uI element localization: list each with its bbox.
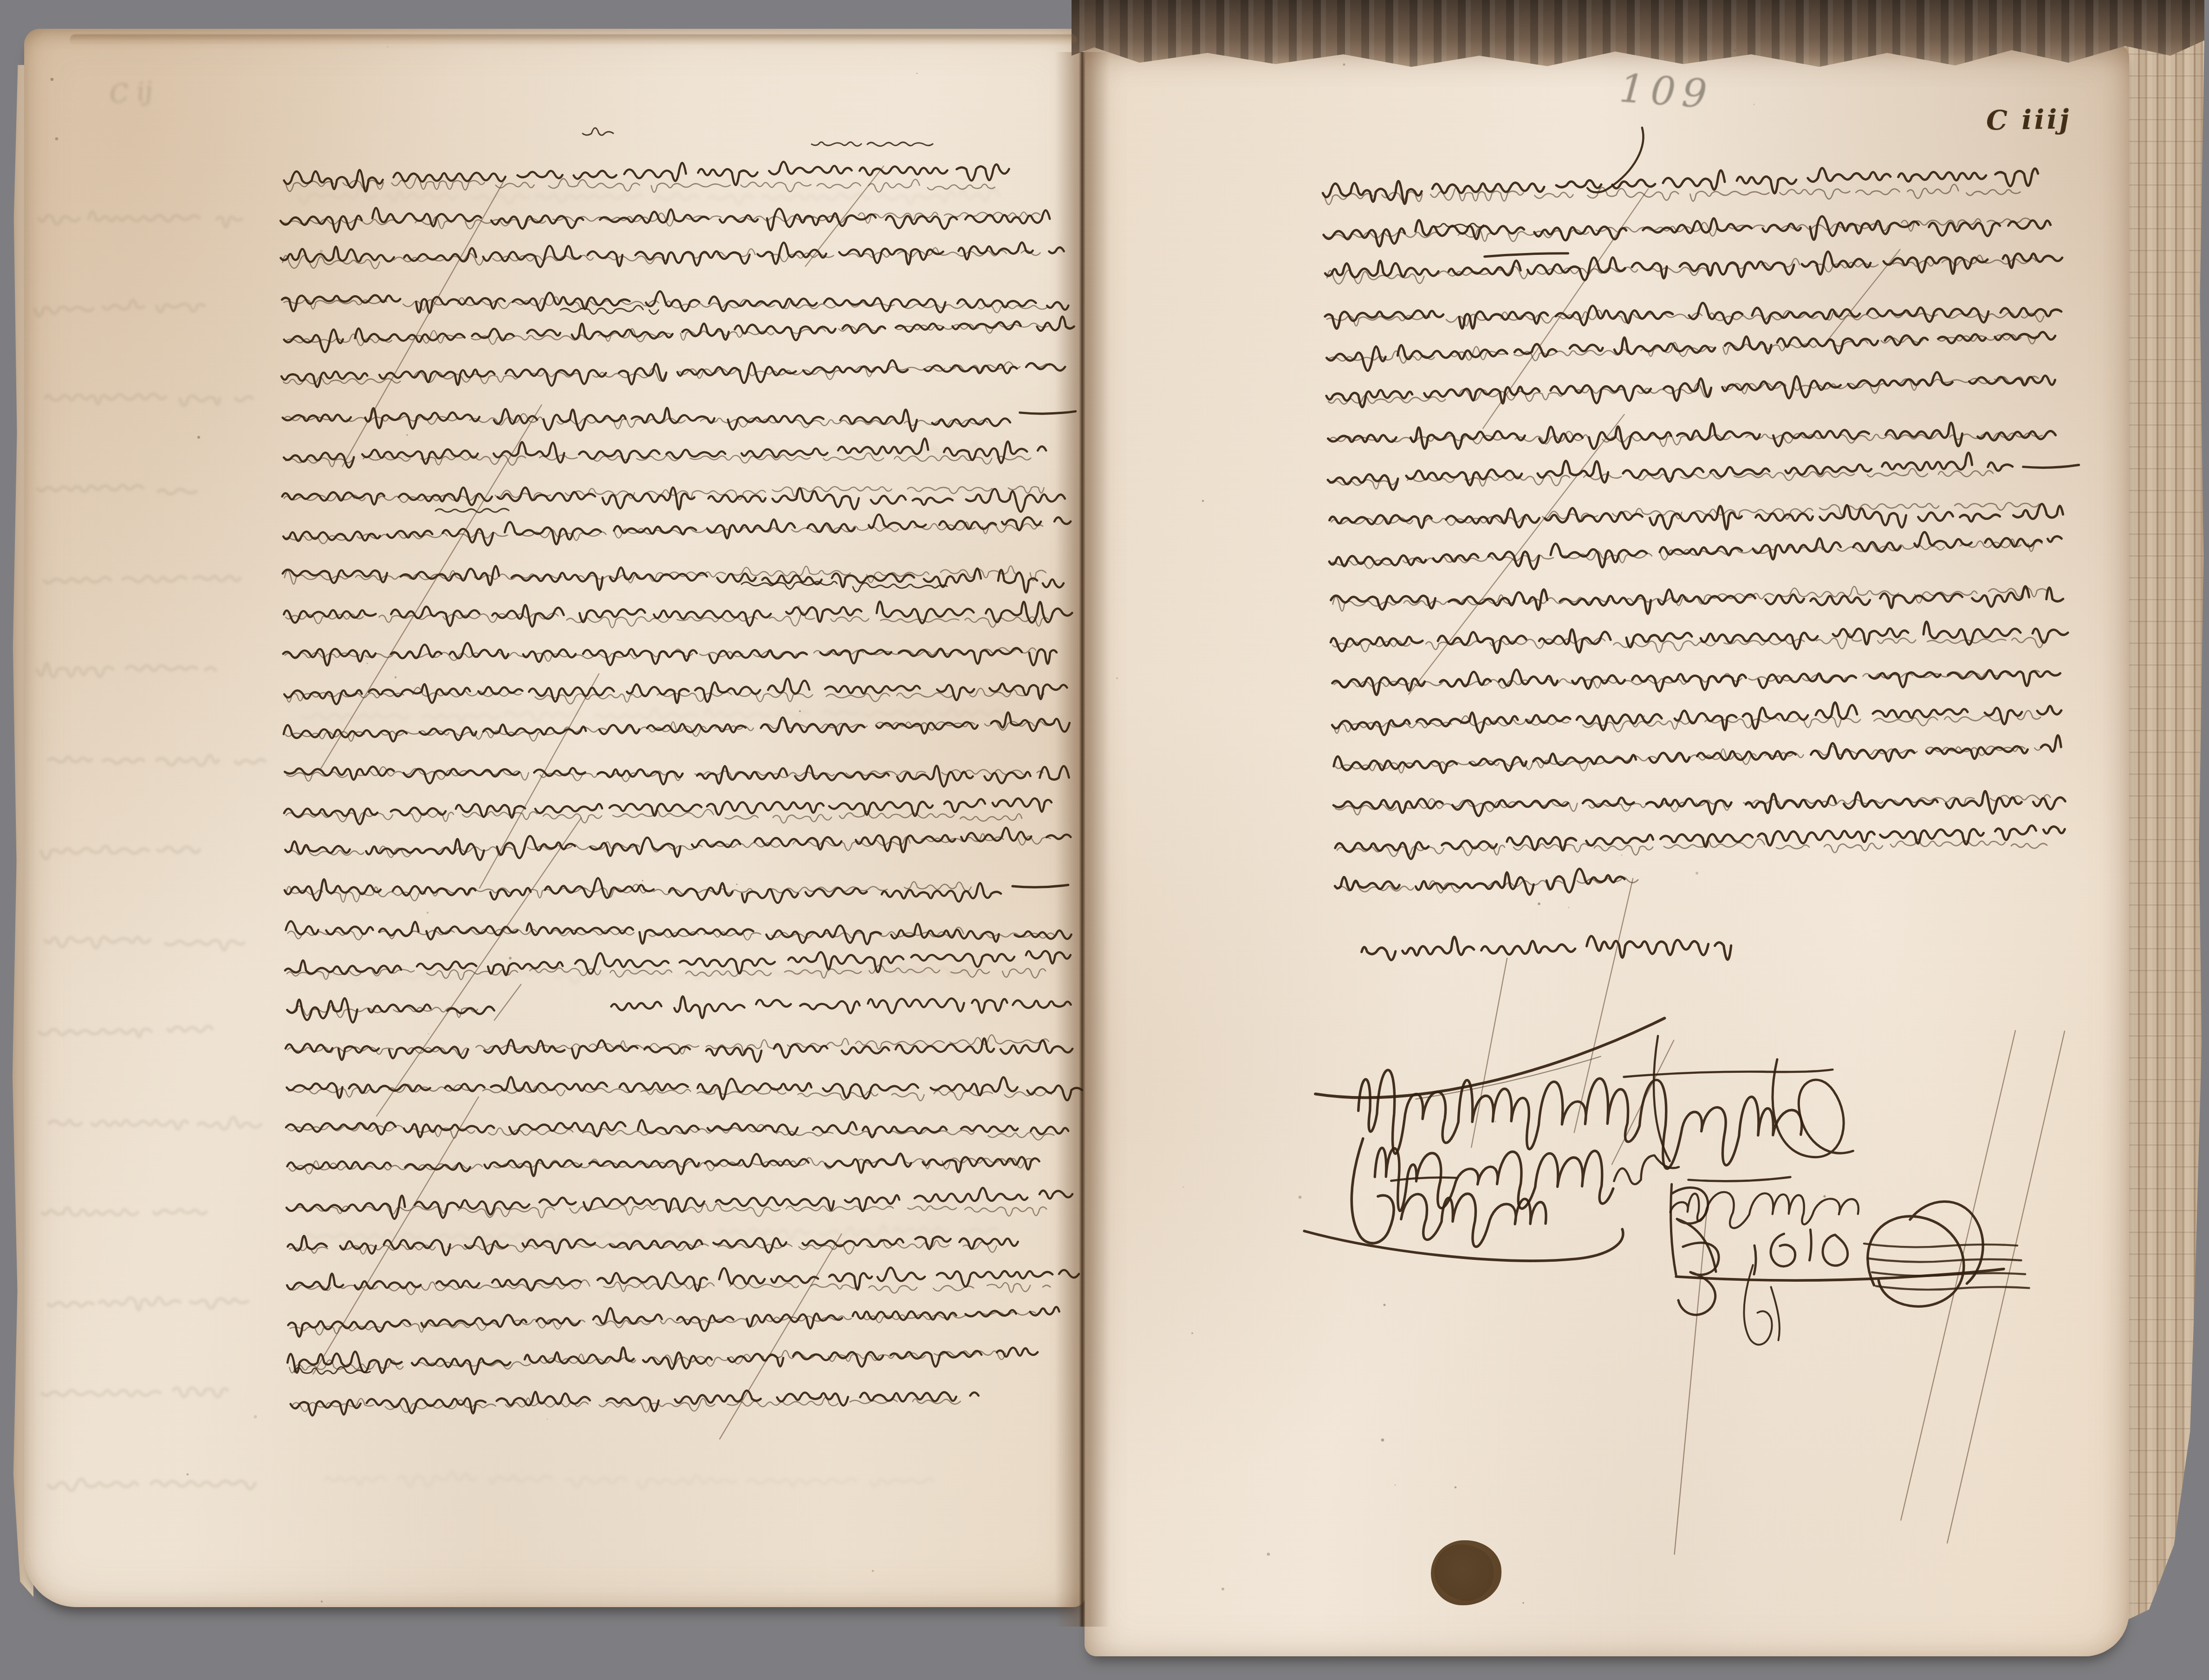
- paper-speck: [1568, 907, 1569, 908]
- paper-speck: [554, 608, 556, 610]
- paper-speck: [797, 605, 800, 608]
- paper-speck: [1395, 1485, 1396, 1486]
- paper-speck: [1538, 902, 1540, 905]
- paper-speck: [197, 436, 200, 439]
- paper-speck: [51, 78, 54, 81]
- paper-speck: [427, 912, 429, 914]
- paper-specks: [0, 0, 2209, 1680]
- paper-speck: [916, 73, 917, 74]
- paper-speck: [1191, 1332, 1193, 1334]
- paper-speck: [1621, 855, 1623, 856]
- manuscript-book: 109 C iiij C ij: [0, 0, 2209, 1680]
- paper-speck: [1494, 1121, 1496, 1122]
- paper-speck: [1696, 872, 1698, 875]
- paper-speck: [736, 883, 737, 885]
- paper-speck: [254, 1415, 257, 1419]
- paper-speck: [1754, 104, 1755, 105]
- paper-speck: [1446, 1557, 1449, 1559]
- paper-speck: [1823, 1195, 1826, 1197]
- paper-speck: [1182, 1186, 1184, 1187]
- paper-speck: [428, 1033, 429, 1035]
- paper-speck: [55, 137, 58, 141]
- paper-speck: [1343, 64, 1345, 66]
- paper-speck: [321, 1601, 323, 1602]
- paper-speck: [799, 710, 801, 712]
- paper-speck: [1221, 1588, 1224, 1590]
- paper-speck: [387, 46, 389, 48]
- paper-speck: [353, 497, 356, 499]
- paper-speck: [1267, 1553, 1270, 1556]
- paper-speck: [1202, 500, 1204, 502]
- paper-speck: [1299, 1196, 1302, 1199]
- paper-speck: [1384, 1304, 1386, 1306]
- paper-speck: [367, 663, 368, 664]
- paper-speck: [395, 676, 396, 678]
- paper-speck: [320, 250, 323, 253]
- paper-speck: [187, 1473, 189, 1476]
- paper-speck: [642, 880, 643, 881]
- paper-speck: [1734, 50, 1736, 52]
- paper-speck: [872, 1570, 874, 1572]
- paper-speck: [1381, 1439, 1384, 1442]
- paper-speck: [406, 434, 408, 436]
- paper-speck: [1522, 1602, 1524, 1603]
- paper-speck: [1116, 677, 1118, 679]
- paper-speck: [1643, 715, 1645, 717]
- paper-speck: [547, 1419, 548, 1420]
- paper-speck: [1455, 1486, 1457, 1489]
- paper-speck: [509, 957, 512, 960]
